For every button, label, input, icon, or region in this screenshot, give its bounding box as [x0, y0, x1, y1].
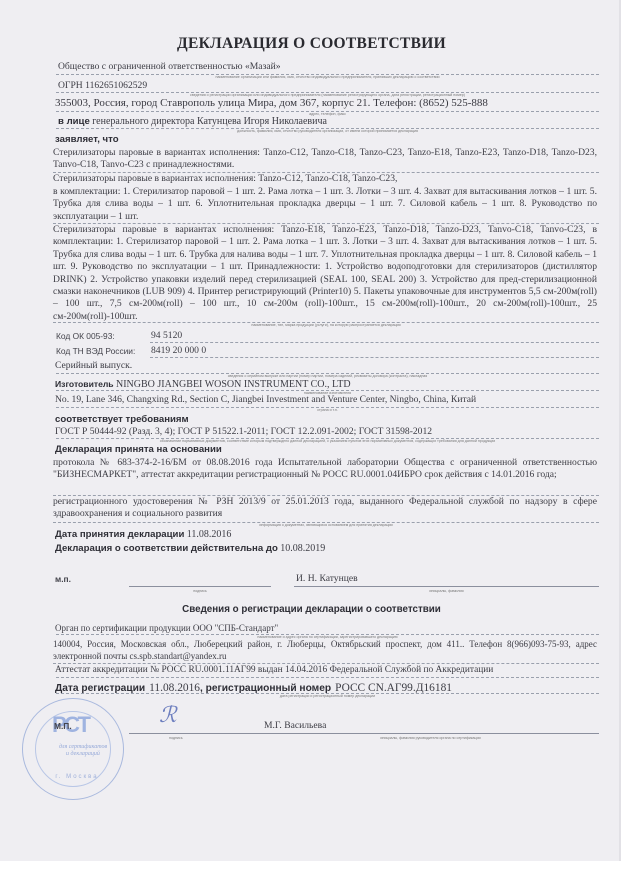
stamp-text: для сертификатов и деклараций: [58, 744, 108, 758]
declares-label: заявляет, что: [55, 134, 119, 146]
divider: [150, 357, 599, 358]
valid-until-value: 10.08.2019: [280, 543, 325, 554]
applicant-address: 355003, Россия, город Ставрополь улица М…: [55, 97, 488, 109]
applicant-name: Общество с ограниченной ответственностью…: [58, 61, 281, 73]
signature-caption: подпись: [129, 589, 271, 593]
signature-line: [129, 586, 271, 587]
document-title: ДЕКЛАРАЦИЯ О СООТВЕТСТВИИ: [0, 35, 623, 53]
accepted-date-label: Дата принятия декларации: [55, 529, 184, 540]
divider: [150, 342, 599, 343]
applicant-name-caption: наименование организации или фамилия, им…: [56, 75, 599, 79]
certifier-name: М.Г. Васильева: [264, 720, 326, 732]
valid-until-row: Декларация о соответствии действительна …: [55, 543, 325, 555]
products-paragraph-2-head: Стерилизаторы паровые в вариантах исполн…: [53, 173, 397, 185]
name-line: [294, 586, 599, 587]
accepted-date-value: 11.08.2016: [187, 529, 232, 540]
applicant-ogrn: ОГРН 1162651062529: [58, 80, 147, 92]
certification-body-address: 140004, Россия, Московская обл., Люберец…: [53, 638, 597, 662]
basis-caption: информация о документах, являющихся осно…: [53, 523, 599, 527]
products-paragraph-1: Стерилизаторы паровые в вариантах исполн…: [53, 147, 597, 172]
signature-caption-2: подпись: [129, 736, 229, 740]
declarant-name-caption: инициалы, фамилия: [294, 589, 599, 593]
serial-release: Серийный выпуск.: [55, 360, 132, 372]
products-caption: наименование, тип, марка продукции (услу…: [53, 323, 599, 327]
tn-code-label: Код ТН ВЭД России:: [56, 346, 135, 356]
stamp-city: г. Москва: [47, 774, 107, 780]
basis-certificate: регистрационного удостоверения № РЗН 201…: [53, 496, 597, 521]
manufacturer-name: NINGBO JIANGBEI WOSON INSTRUMENT CO., LT…: [116, 379, 351, 390]
requirements-standards: ГОСТ Р 50444-92 (Разд. 3, 4); ГОСТ Р 515…: [55, 426, 432, 438]
products-paragraph-2-body: в комплектации: 1. Стерилизатор паровой …: [53, 186, 597, 223]
handwritten-signature: ℛ: [159, 702, 177, 728]
ok-code-value: 94 5120: [151, 330, 182, 342]
accepted-date-row: Дата принятия декларации 11.08.2016: [55, 529, 231, 541]
declarant-name: И. Н. Катунцев: [296, 573, 358, 585]
requirements-label: соответствует требованиям: [55, 414, 189, 426]
requirements-caption: обозначение нормативных документов, соот…: [56, 439, 599, 443]
registration-caption: дата регистрации и регистрационный номер…: [56, 694, 599, 698]
basis-label: Декларация принята на основании: [55, 444, 222, 456]
seal-placeholder-2: М.П.: [54, 721, 72, 731]
certifier-name-caption: инициалы, фамилия руководителя органа по…: [262, 736, 599, 740]
accreditation-certificate: Аттестат аккредитации № РОСС RU.0001.11А…: [55, 664, 493, 676]
manufacturer-address: No. 19, Lane 346, Changxing Rd., Section…: [55, 394, 476, 406]
certification-body: Орган по сертификации продукции ООО "СПБ…: [55, 622, 278, 634]
registration-heading: Сведения о регистрации декларации о соот…: [0, 604, 623, 615]
products-paragraph-3: Стерилизаторы паровые в вариантах исполн…: [53, 224, 597, 323]
tn-code-value: 8419 20 000 0: [151, 345, 206, 357]
ok-code-label: Код ОК 005-93:: [56, 331, 115, 341]
represented-caption: должность, фамилия, имя, отчество руково…: [56, 129, 599, 133]
signature-line-2: [129, 733, 271, 734]
valid-until-label: Декларация о соответствии действительна …: [55, 543, 278, 554]
represented-label: в лице: [58, 116, 90, 127]
name-line-2: [262, 733, 599, 734]
manufacturer-label: Изготовитель: [55, 379, 114, 389]
manufacturer-address-caption: страна и т.п.: [56, 408, 599, 412]
seal-placeholder: м.п.: [55, 574, 71, 584]
basis-protocol: протокола № 683-374-2-16/БМ от 08.08.201…: [53, 457, 597, 482]
represented-by-row: в лице генерального директора Катунцева …: [58, 116, 327, 128]
represented-by: генерального директора Катунцева Игоря Н…: [92, 116, 327, 127]
